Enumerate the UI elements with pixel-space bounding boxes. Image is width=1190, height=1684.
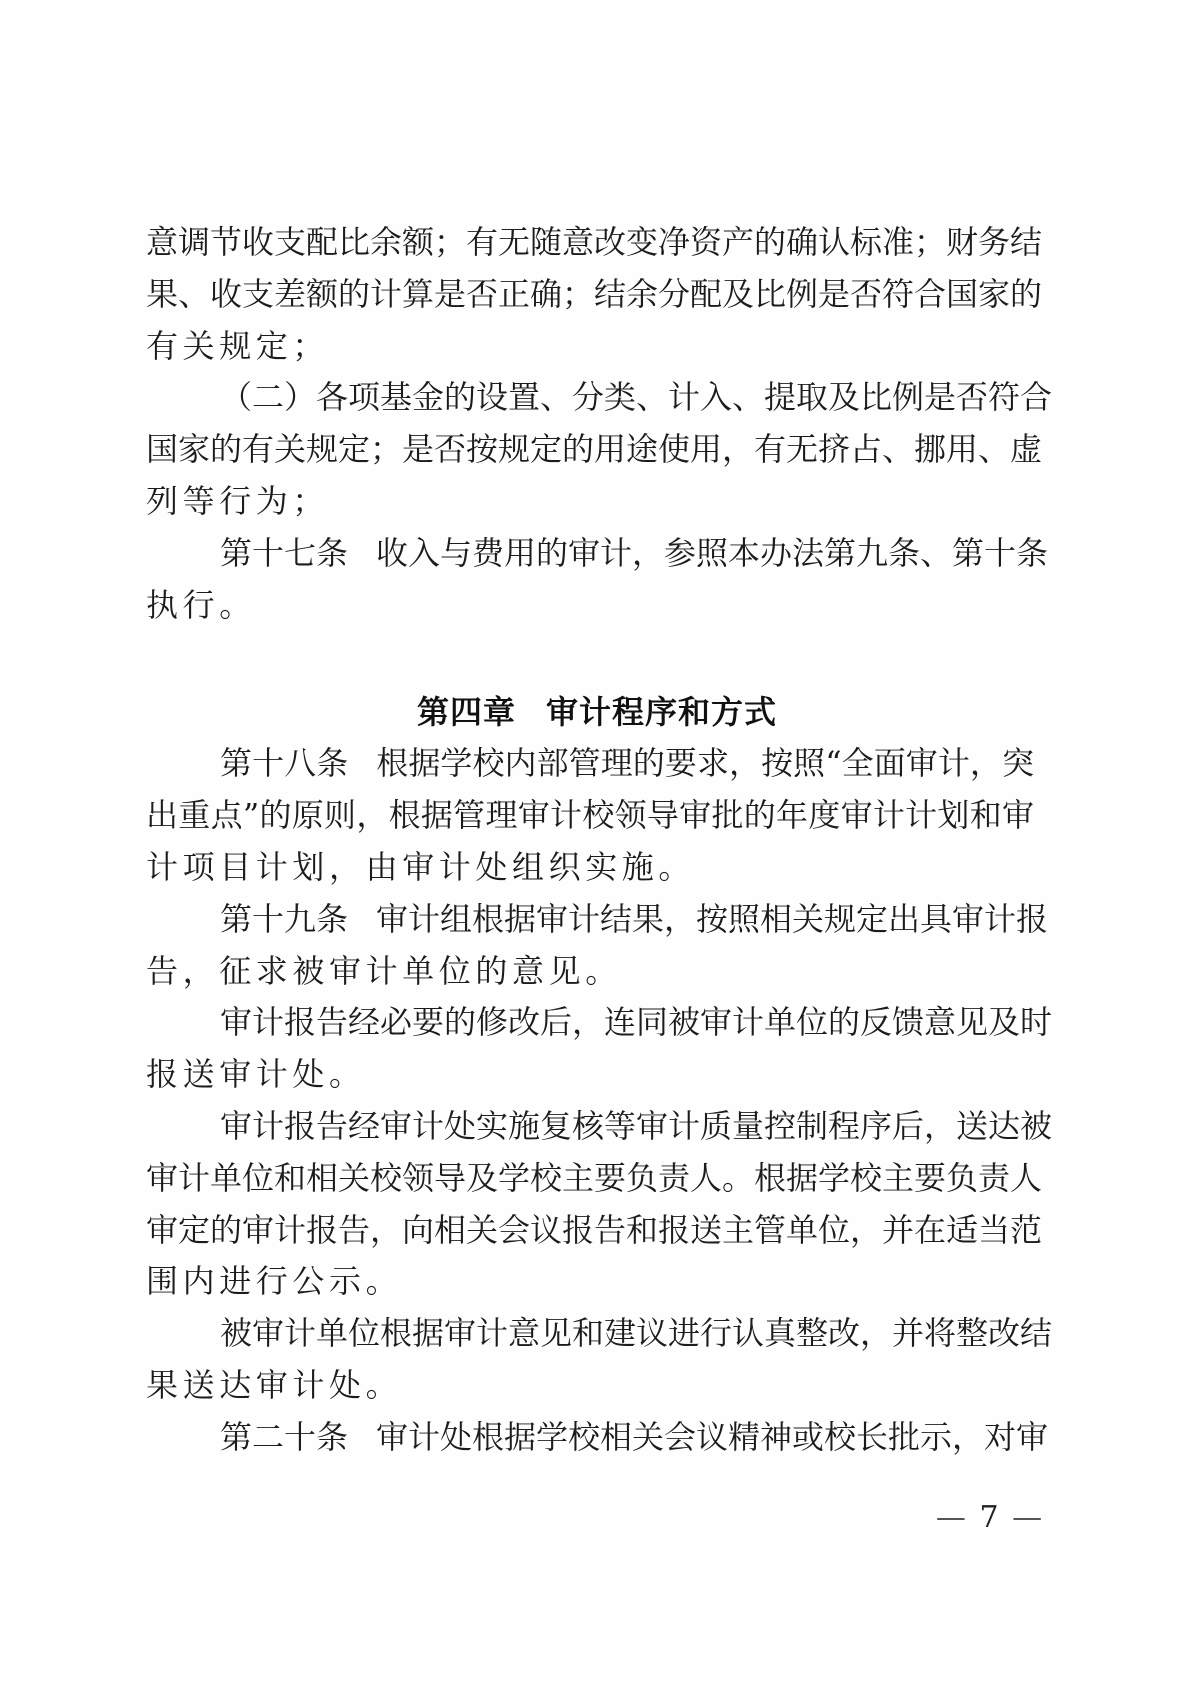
article-label: 第二十条 [220,1418,348,1456]
chapter-number: 第四章 [417,693,516,731]
article-label: 第十九条 [220,900,348,938]
text-line: 果送达审计处。 [146,1360,1034,1412]
text-line: 被审计单位根据审计意见和建议进行认真整改，并将整改结 [146,1308,1034,1360]
text-line: 审计报告经必要的修改后，连同被审计单位的反馈意见及时 [146,997,1034,1049]
text-line: 审计单位和相关校领导及学校主要负责人。根据学校主要负责人 [146,1153,1034,1205]
text-line: 审计处根据学校相关会议精神或校长批示，对审 [376,1418,1048,1456]
chapter-title: 审计程序和方式 [546,693,777,731]
document-page: 意调节收支配比余额；有无随意改变净资产的确认标准；财务结 果、收支差额的计算是否… [0,0,1190,1684]
article-18-first-line: 第十八条根据学校内部管理的要求，按照“全面审计，突 [146,738,1034,790]
text-line: 果、收支差额的计算是否正确；结余分配及比例是否符合国家的 [146,269,1034,321]
text-line: （二）各项基金的设置、分类、计入、提取及比例是否符合 [146,372,1034,424]
text-line: 国家的有关规定；是否按规定的用途使用，有无挤占、挪用、虚 [146,424,1034,476]
dash-left: — [936,1500,968,1535]
document-body: 意调节收支配比余额；有无随意改变净资产的确认标准；财务结 果、收支差额的计算是否… [146,217,1034,1464]
text-line: 审计报告经审计处实施复核等审计质量控制程序后，送达被 [146,1101,1034,1153]
chapter-heading: 第四章审计程序和方式 [146,686,1034,738]
article-17-first-line: 第十七条收入与费用的审计，参照本办法第九条、第十条 [146,528,1034,580]
text-line: 审定的审计报告，向相关会议报告和报送主管单位，并在适当范 [146,1205,1034,1257]
page-number-value: 7 [979,1500,1000,1535]
page-number: — 7 — [935,1500,1045,1535]
article-label: 第十八条 [220,744,348,782]
dash-right: — [1012,1500,1044,1535]
article-20-first-line: 第二十条审计处根据学校相关会议精神或校长批示，对审 [146,1412,1034,1464]
text-line: 意调节收支配比余额；有无随意改变净资产的确认标准；财务结 [146,217,1034,269]
text-line: 有关规定； [146,321,1034,373]
text-line: 审计组根据审计结果，按照相关规定出具审计报 [376,900,1048,938]
text-line: 围内进行公示。 [146,1256,1034,1308]
text-line: 执行。 [146,580,1034,632]
text-line: 根据学校内部管理的要求，按照“全面审计，突 [376,744,1034,782]
article-19-first-line: 第十九条审计组根据审计结果，按照相关规定出具审计报 [146,894,1034,946]
text-line: 收入与费用的审计，参照本办法第九条、第十条 [376,534,1048,572]
section-gap [146,631,1034,686]
text-line: 出重点”的原则，根据管理审计校领导审批的年度审计计划和审 [146,790,1034,842]
text-line: 计项目计划，由审计处组织实施。 [146,842,1034,894]
article-label: 第十七条 [220,534,348,572]
text-line: 告，征求被审计单位的意见。 [146,946,1034,998]
text-line: 列等行为； [146,476,1034,528]
text-line: 报送审计处。 [146,1049,1034,1101]
